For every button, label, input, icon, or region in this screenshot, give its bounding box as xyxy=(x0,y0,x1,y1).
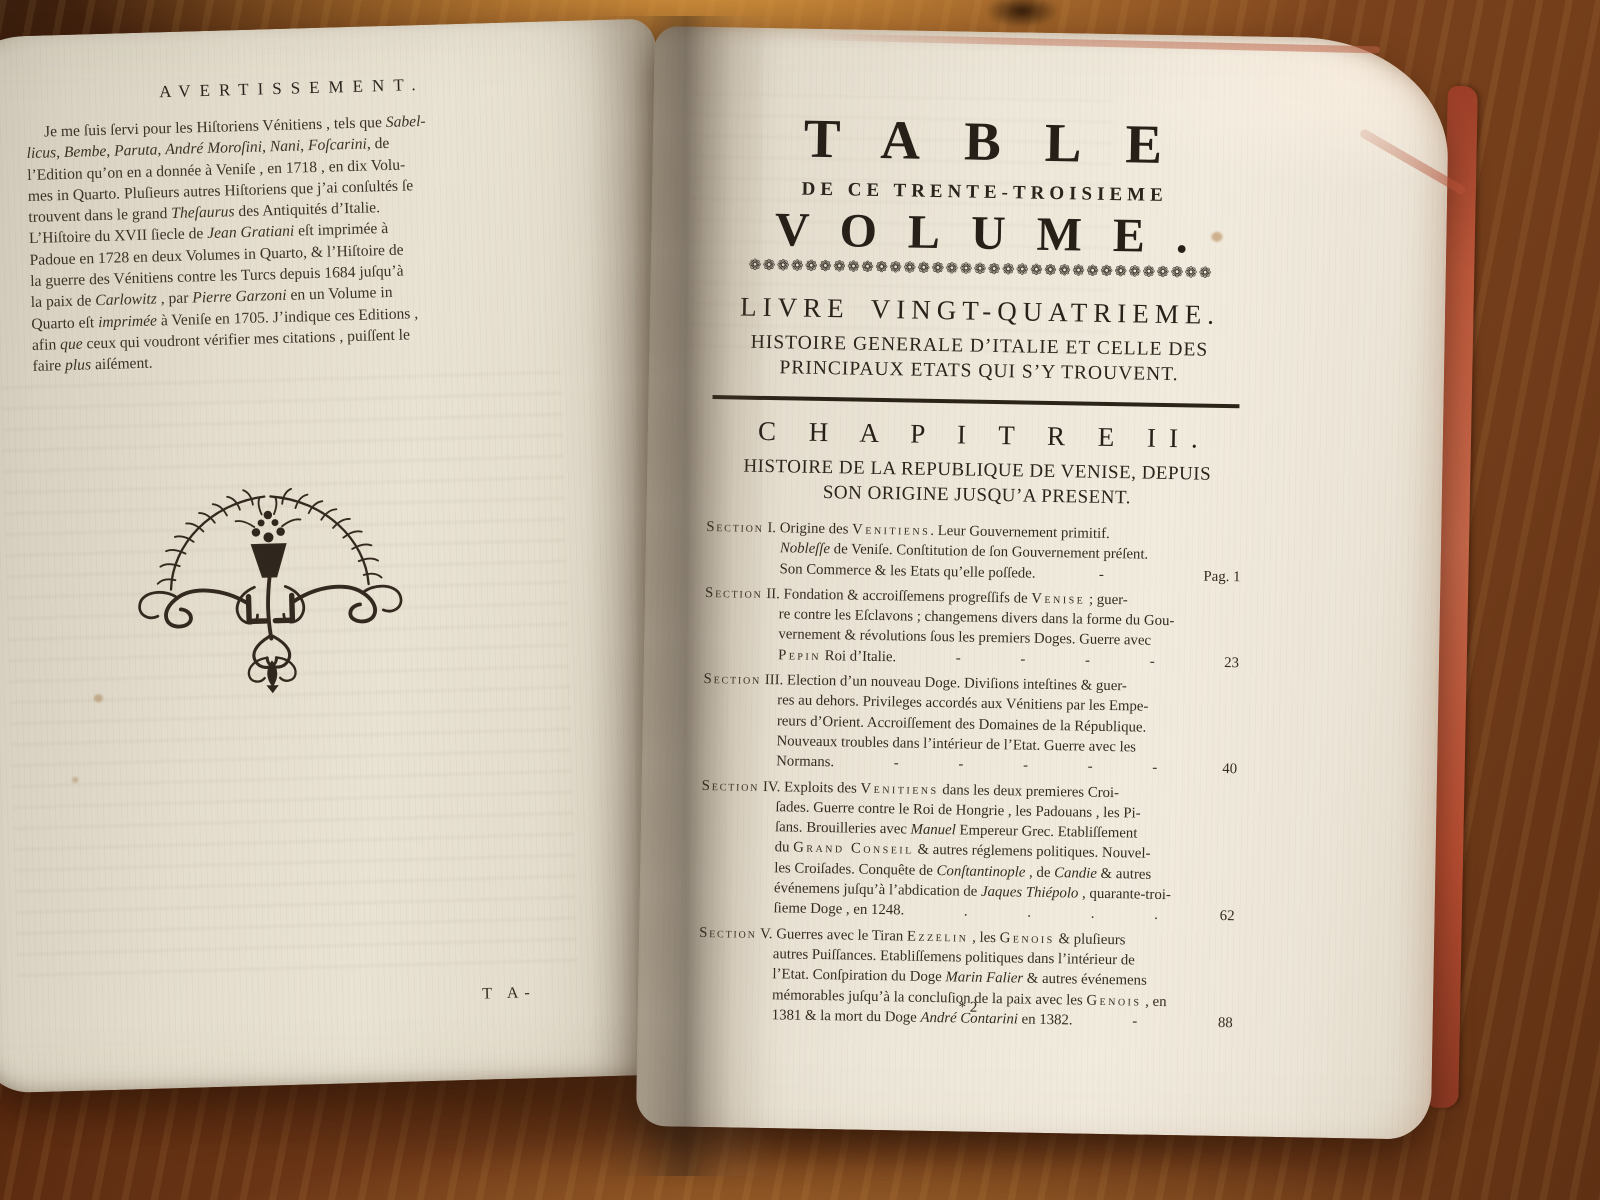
avertissement-heading: AVERTISSEMENT. xyxy=(27,71,557,106)
catchword: T A- xyxy=(482,984,536,1003)
table-of-contents: Section I. Origine des Venitiens. Leur G… xyxy=(698,517,1242,1038)
table-title: TABLE xyxy=(678,104,1289,178)
wood-knot xyxy=(985,0,1059,28)
red-top-edge xyxy=(805,33,1380,54)
section-entry-2: Section II. Fondation & accroiſſemens pr… xyxy=(778,584,1240,673)
right-page: TABLE DE CE TRENTE-TROISIEME VOLUME. ❁❁❁… xyxy=(636,26,1450,1140)
chapter-subtitle: HISTOIRE DE LA REPUBLIQUE DE VENISE, DEP… xyxy=(672,452,1283,513)
avertissement-paragraph: Je me ſuis ſervi pour les Hiſtoriens Vén… xyxy=(26,107,589,378)
horizontal-rule xyxy=(713,395,1240,408)
book-photo: AVERTISSEMENT. Je me ſuis ſervi pour les… xyxy=(0,0,1600,1200)
section-entry-1: Section I. Origine des Venitiens. Leur G… xyxy=(779,518,1241,587)
left-page: AVERTISSEMENT. Je me ſuis ſervi pour les… xyxy=(0,18,685,1093)
floral-tailpiece-ornament xyxy=(127,458,412,706)
section-entry-3: Section III. Election d’un nouveau Doge.… xyxy=(776,670,1239,780)
book-subtitle: HISTOIRE GENERALE D’ITALIE ET CELLE DES … xyxy=(674,328,1285,389)
chapter-heading: C H A P I T R E II. xyxy=(673,414,1283,456)
section-entry-4: Section IV. Exploits des Venitiens dans … xyxy=(773,777,1236,927)
